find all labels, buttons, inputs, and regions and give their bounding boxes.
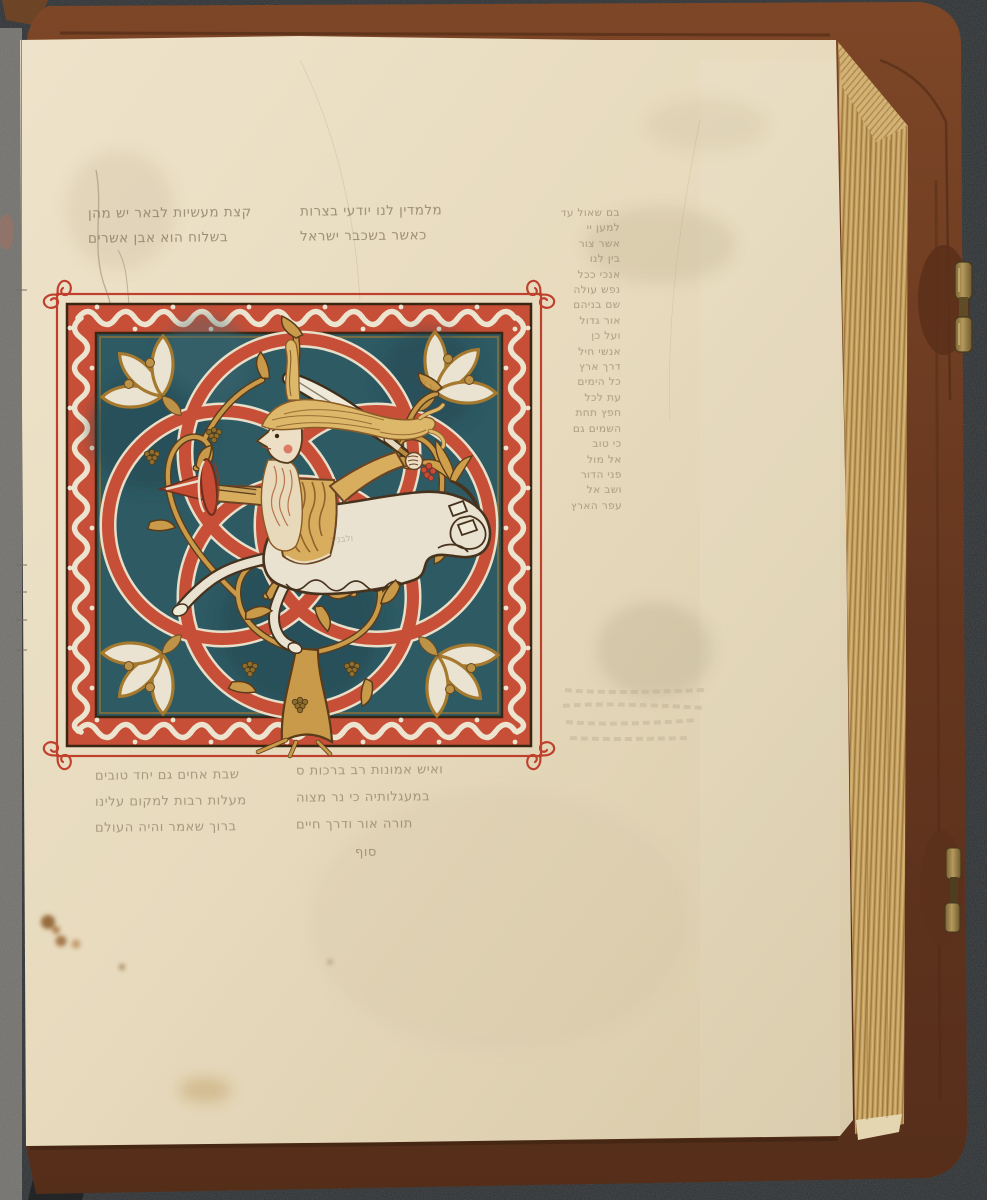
margin-gloss-line: אנכי ככל <box>544 267 620 283</box>
bottom-text-right-line3: תורה אור ודרך חיים <box>296 816 413 832</box>
margin-gloss-line: בין לנו <box>544 252 620 268</box>
margin-gloss-line: עת לכל <box>545 391 621 407</box>
sword-hand <box>406 453 423 470</box>
top-text-row2-right: כאשר בשכבר ישראל <box>300 227 427 244</box>
bottom-text-left-line2: מעלות רבות למקום עלינו <box>95 793 247 810</box>
margin-gloss-line: חפץ תחת <box>545 406 621 422</box>
bottom-text-tail-word: סוף <box>355 845 377 860</box>
margin-gloss-column: בם שאול עדלמען ייאשר צורבין לנואנכי ככלנ… <box>544 206 622 515</box>
miniature-panel <box>44 281 554 769</box>
margin-gloss-line: דרך ארץ <box>545 360 621 376</box>
margin-gloss-line: עפר הארץ <box>546 498 622 514</box>
margin-gloss-line: השמים גם <box>545 421 621 437</box>
margin-gloss-line: למען יי <box>544 221 620 237</box>
margin-gloss-line: כל הימים <box>545 375 621 391</box>
margin-gloss-line: פני הדור <box>546 468 622 484</box>
eye <box>275 434 279 438</box>
margin-gloss-line: אל מול <box>546 452 622 468</box>
beard <box>261 460 302 551</box>
rosy-cheek <box>284 445 293 454</box>
bottom-text-left-line1: שבת אחים גם יחד טובים <box>95 767 240 784</box>
margin-gloss-line: בם שאול עד <box>544 206 620 222</box>
margin-gloss-line: ועל כן <box>545 329 621 345</box>
margin-gloss-line: נפש עולה <box>544 283 620 299</box>
top-text-row1-left: קצת מעשיות לבאר יש מהן <box>88 204 252 222</box>
bottom-text-right-line2: במעגלותיה כי נר מצוה <box>296 789 430 805</box>
margin-gloss-line: ושב אל <box>546 483 622 499</box>
margin-gloss-line: אשר צור <box>544 237 620 253</box>
margin-gloss-line: אור גדול <box>545 314 621 330</box>
bottom-text-right-line1: ואיש אמונות רב ברכות ס <box>296 762 443 779</box>
margin-gloss-line: שם בניהם <box>545 298 621 314</box>
top-text-row2-left: בשלוח הוא אבן אשרים <box>88 229 228 246</box>
margin-gloss-line: כי טוב <box>546 437 622 453</box>
bottom-text-left-line3: ברוך שאמר והיה העולם <box>95 819 237 835</box>
book-photo-art <box>0 0 987 1200</box>
margin-gloss-line: אנשי חיל <box>545 344 621 360</box>
manuscript-photograph: קצת מעשיות לבאר יש מהן מלמדין לנו יודעי … <box>0 0 987 1200</box>
top-text-row1-right: מלמדין לנו יודעי בצרות <box>300 202 442 219</box>
